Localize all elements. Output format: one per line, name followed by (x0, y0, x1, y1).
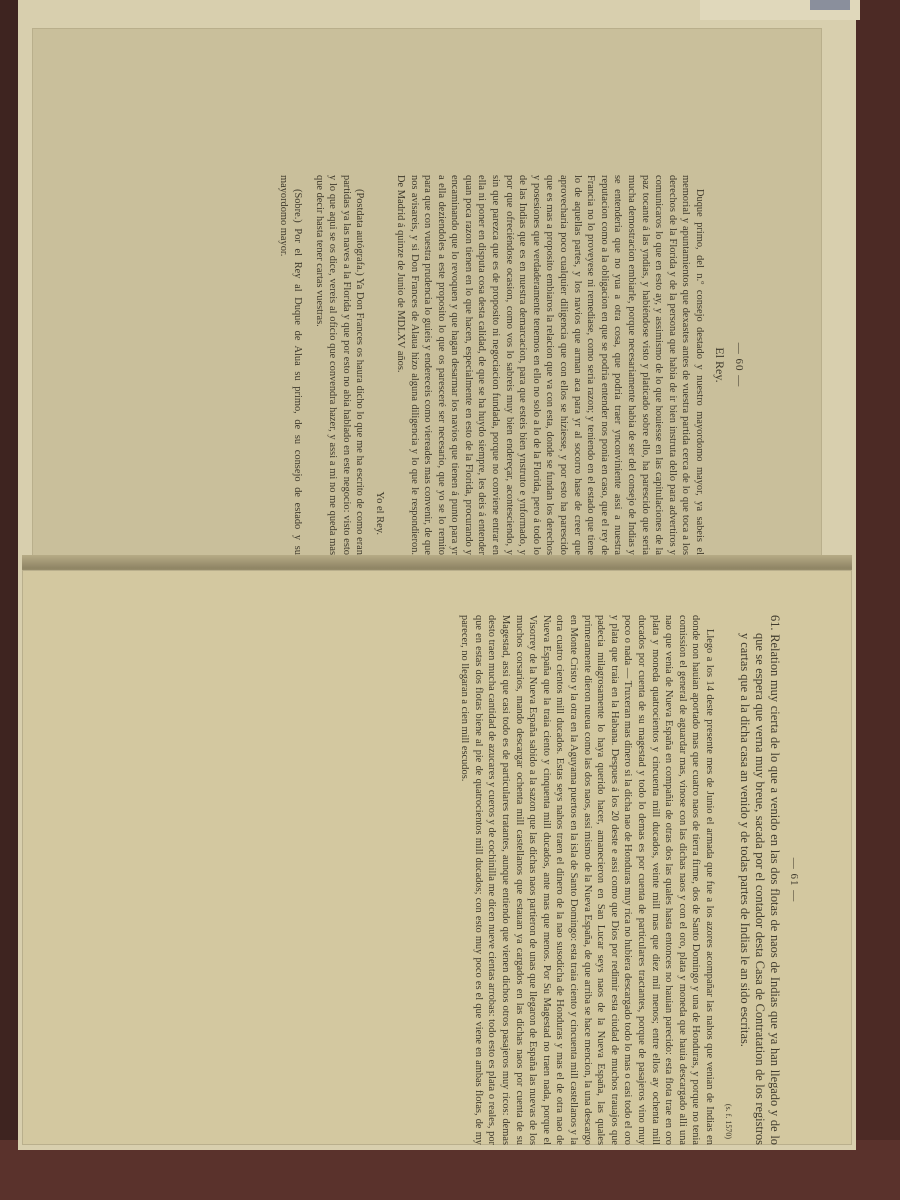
paper-corner (810, 0, 850, 10)
table-surface-right (850, 0, 900, 1200)
letter-closing: (Sobre.) Por el Rey al Duque de Alua su … (277, 175, 304, 555)
page-number-right: — 61 — (788, 615, 800, 1145)
date-note: (s. f. 1570) (724, 615, 733, 1139)
left-page-text: — 60 — El Rey. Duque primo, del n.º cons… (277, 175, 745, 555)
report-paragraph: Llego a los 14 deste presente mes de Jun… (458, 615, 716, 1145)
letter-paragraph-2: (Postdata autógrafa.) Ya Don Frances os … (312, 175, 366, 555)
signature-line: Yo el Rey. (374, 175, 385, 535)
page-number-left: — 60 — (733, 175, 745, 555)
letter-paragraph-1: Duque primo, del n.º consejo destado y n… (393, 175, 706, 555)
letter-heading: El Rey. (712, 175, 727, 555)
right-page-text: — 61 — 61. Relation muy cierta de lo que… (458, 615, 800, 1145)
document-title: 61. Relation muy cierta de lo que a veni… (737, 615, 782, 1145)
